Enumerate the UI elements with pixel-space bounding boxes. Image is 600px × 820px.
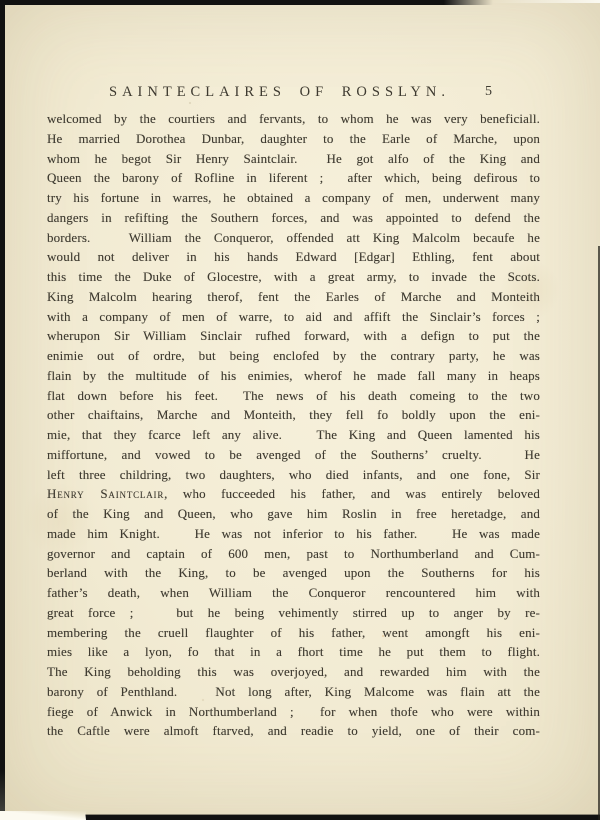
scan-edge-top <box>0 0 493 5</box>
text-line-17: mie, that they fcarce left any alive. Th… <box>47 425 540 445</box>
running-header: SAINTECLAIRES OF ROSSLYN. 5 <box>47 84 540 104</box>
text-line-13: enimie out of ordre, but being enclofed … <box>47 346 540 366</box>
small-caps-name: Henry Saintclair <box>47 486 164 501</box>
text-line-12: wherupon Sir William Sinclair rufhed for… <box>47 326 540 346</box>
text-line-3: whom he begot Sir Henry Saintclair. He g… <box>47 149 540 169</box>
text-line-23: governor and captain of 600 men, past to… <box>47 544 540 564</box>
text-line-14: flain by the multitude of his enimies, w… <box>47 366 540 386</box>
text-line-6: dangers in refifting the Southern forces… <box>47 208 540 228</box>
text-line-9: this time the Duke of Glocestre, with a … <box>47 267 540 287</box>
text-line-29: The King beholding this was overjoyed, a… <box>47 662 540 682</box>
text-line-2: He married Dorothea Dunbar, daughter to … <box>47 129 540 149</box>
text-line-28: mies like a lyon, fo that in a fhort tim… <box>47 642 540 662</box>
text-line-22: made him Knight. He was not inferior to … <box>47 524 540 544</box>
text-line-31: fiege of Anwick in Northumberland ; for … <box>47 702 540 722</box>
text-line-18: miffortune, and vowed to be avenged of t… <box>47 445 540 465</box>
book-page: SAINTECLAIRES OF ROSSLYN. 5 welcomed by … <box>0 0 600 820</box>
text-line-1: welcomed by the courtiers and fervants, … <box>47 109 540 129</box>
text-line-10: King Malcolm hearing therof, fent the Ea… <box>47 287 540 307</box>
text-line-24: berland with the King, to be avenged upo… <box>47 563 540 583</box>
text-line-32: the Caftle were almoft ftarved, and read… <box>47 721 540 741</box>
page-heading: SAINTECLAIRES OF ROSSLYN. <box>109 84 450 101</box>
text-line-11: with a company of men of warre, to aid a… <box>47 307 540 327</box>
scan-edge-bottom <box>85 814 600 820</box>
text-line-8: would not deliver in his hands Edward [E… <box>47 247 540 267</box>
text-line-19: left three childring, two daughters, who… <box>47 465 540 485</box>
scan-edge-top-right-light <box>490 0 600 3</box>
text-line-5: try his fortune in warres, he obtained a… <box>47 188 540 208</box>
body-text: welcomed by the courtiers and fervants, … <box>47 109 540 741</box>
text-line-20: Henry Saintclair, who fucceeded his fath… <box>47 484 540 504</box>
text-line-21: of the King and Queen, who gave him Rosl… <box>47 504 540 524</box>
text-line-27: membering the cruell flaughter of his fa… <box>47 623 540 643</box>
text-line-15: flat down before his feet. The news of h… <box>47 386 540 406</box>
text-line-4: Queen the barony of Rofline in liferent … <box>47 168 540 188</box>
text-line-25: father’s death, when William the Conquer… <box>47 583 540 603</box>
text-line-7: borders. William the Conqueror, offended… <box>47 228 540 248</box>
text-line-26: great force ; but he being vehimently st… <box>47 603 540 623</box>
text-line-16: other chaiftains, Marche and Monteith, t… <box>47 405 540 425</box>
page-number: 5 <box>485 84 492 100</box>
scan-edge-left <box>0 0 5 820</box>
text-line-30: barony of Penthland. Not long after, Kin… <box>47 682 540 702</box>
scan-corner-bottom-left <box>0 811 86 820</box>
